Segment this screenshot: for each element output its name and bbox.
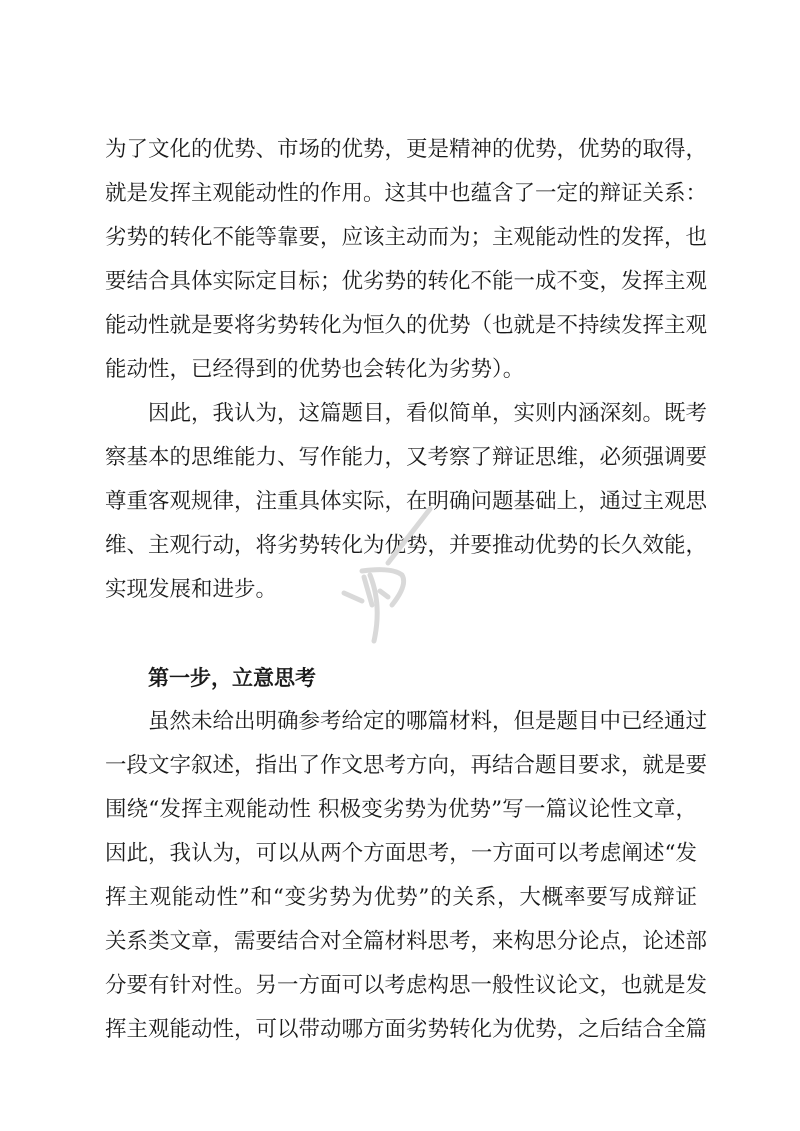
text-line: 因此，我认为，这篇题目，看似简单，实则内涵深刻。既考 <box>105 392 697 436</box>
text-line: 尊重客观规律，注重具体实际，在明确问题基础上，通过主观思 <box>105 480 697 524</box>
text-line: 察基本的思维能力、写作能力，又考察了辩证思维，必须强调要 <box>105 436 697 480</box>
text-line: 能动性就是要将劣势转化为恒久的优势（也就是不持续发挥主观 <box>105 304 697 348</box>
document-page: 为了文化的优势、市场的优势，更是精神的优势，优势的取得， 就是发挥主观能动性的作… <box>105 128 697 1052</box>
spacer <box>105 612 697 656</box>
text-line: 为了文化的优势、市场的优势，更是精神的优势，优势的取得， <box>105 128 697 172</box>
text-line: 要结合具体实际定目标；优劣势的转化不能一成不变，发挥主观 <box>105 260 697 304</box>
paragraph-3: 虽然未给出明确参考给定的哪篇材料，但是题目中已经通过 一段文字叙述，指出了作文思… <box>105 700 697 1052</box>
text-line: 关系类文章，需要结合对全篇材料思考，来构思分论点，论述部 <box>105 920 697 964</box>
text-line: 虽然未给出明确参考给定的哪篇材料，但是题目中已经通过 <box>105 700 697 744</box>
paragraph-1: 为了文化的优势、市场的优势，更是精神的优势，优势的取得， 就是发挥主观能动性的作… <box>105 128 697 392</box>
text-line: 因此，我认为，可以从两个方面思考，一方面可以考虑阐述“发 <box>105 832 697 876</box>
text-line: 一段文字叙述，指出了作文思考方向，再结合题目要求，就是要 <box>105 744 697 788</box>
text-line: 维、主观行动，将劣势转化为优势，并要推动优势的长久效能， <box>105 524 697 568</box>
text-line: 能动性，已经得到的优势也会转化为劣势）。 <box>105 348 697 392</box>
section-heading: 第一步，立意思考 <box>105 656 697 700</box>
text-line: 挥主观能动性”和“变劣势为优势”的关系，大概率要写成辩证 <box>105 876 697 920</box>
text-line: 劣势的转化不能等靠要，应该主动而为；主观能动性的发挥，也 <box>105 216 697 260</box>
text-line: 分要有针对性。另一方面可以考虑构思一般性议论文，也就是发 <box>105 964 697 1008</box>
text-line: 围绕“发挥主观能动性 积极变劣势为优势”写一篇议论性文章， <box>105 788 697 832</box>
paragraph-2: 因此，我认为，这篇题目，看似简单，实则内涵深刻。既考 察基本的思维能力、写作能力… <box>105 392 697 612</box>
text-line: 实现发展和进步。 <box>105 568 697 612</box>
text-line: 挥主观能动性，可以带动哪方面劣势转化为优势，之后结合全篇 <box>105 1008 697 1052</box>
text-line: 就是发挥主观能动性的作用。这其中也蕴含了一定的辩证关系： <box>105 172 697 216</box>
